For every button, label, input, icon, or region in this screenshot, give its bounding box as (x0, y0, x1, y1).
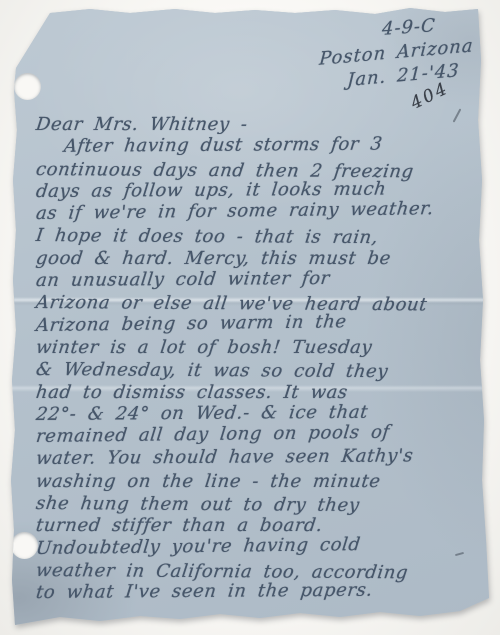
letter-line: washing on the line - the minute (35, 471, 486, 493)
scan-background: 4-9-C Poston Arizona Jan. 21-'43 404 Dea… (0, 0, 500, 635)
letter-line: remained all day long on pools of (35, 421, 486, 449)
letter-line: winter is a lot of bosh! Tuesday (35, 337, 486, 359)
pencil-stray-mark-top (428, 0, 461, 10)
letter-line: Arizona being so warm in the (35, 309, 486, 337)
letter-line: as if we're in for some rainy weather. (35, 198, 486, 226)
letter-line: an unusually cold winter for (35, 267, 486, 292)
hole-punch-top (14, 73, 41, 100)
letter-paper-shadow: 4-9-C Poston Arizona Jan. 21-'43 404 Dea… (0, 0, 500, 635)
letter-line: water. You should have seen Kathy's (35, 445, 486, 470)
letter-line: & Wednesday, it was so cold they (35, 359, 486, 384)
letter-line: Undoubtedly you're having cold (35, 532, 486, 560)
letter-paper: 4-9-C Poston Arizona Jan. 21-'43 404 Dea… (0, 0, 500, 635)
letter-line: to what I've seen in the papers. (35, 579, 486, 604)
letter-body: Dear Mrs. Whitney - After having dust st… (36, 114, 484, 605)
letter-line: I hope it does too - that is rain, (35, 225, 486, 250)
letter-line: After having dust storms for 3 (35, 133, 486, 158)
letter-code-line: 4-9-C (382, 15, 437, 40)
